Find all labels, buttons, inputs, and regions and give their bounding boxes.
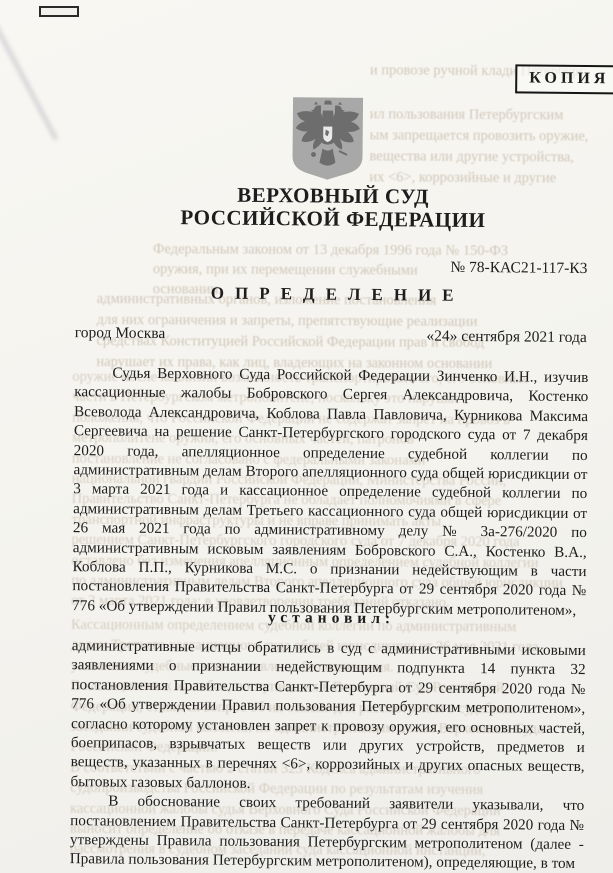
document-title: ОПРЕДЕЛЕНИЕ (75, 282, 589, 307)
preamble-paragraph: Судья Верховного Суда Российской Федерац… (72, 363, 588, 620)
court-name: ВЕРХОВНЫЙ СУД РОССИЙСКОЙ ФЕДЕРАЦИИ (76, 182, 590, 233)
ruling-word: установил: (72, 607, 586, 630)
russia-coat-of-arms-icon (289, 96, 366, 181)
document-content: КОПИЯ ВЕРХОВНЫ (70, 0, 592, 873)
case-number: № 78-КАС21-117-К3 (75, 255, 587, 278)
copy-stamp: КОПИЯ (515, 64, 613, 94)
place-date-row: город Москва «24» сентября 2021 года (75, 324, 587, 347)
body-paragraphs: административные истцы обратились в суд … (70, 636, 586, 873)
document-content-layer: КОПИЯ ВЕРХОВНЫ (0, 0, 613, 873)
body-paragraph-1: административные истцы обратились в суд … (70, 636, 585, 796)
body-paragraph-2: В обоснование своих требований заявители… (70, 791, 585, 873)
issue-date: «24» сентября 2021 года (426, 328, 587, 348)
scanned-court-document-page: и провозе ручной клади Петербург ил поль… (0, 0, 613, 873)
issue-city: город Москва (75, 324, 166, 343)
court-name-line2: РОССИЙСКОЙ ФЕДЕРАЦИИ (76, 205, 590, 233)
